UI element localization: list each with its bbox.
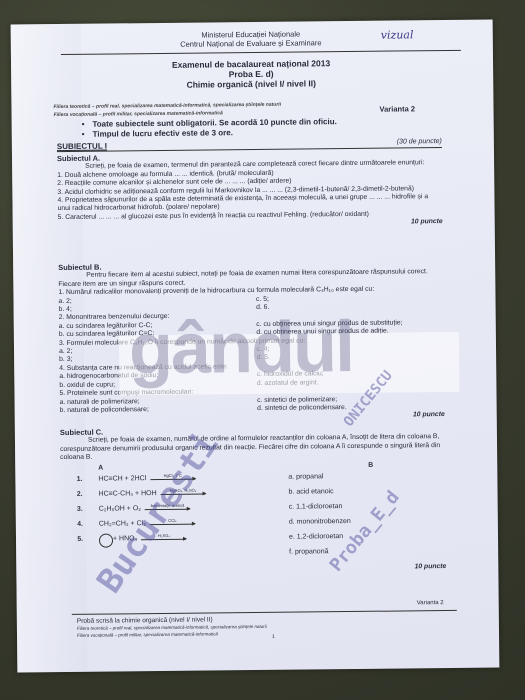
handwritten-signature: vizual	[381, 28, 414, 41]
reaction-number: 2.	[61, 491, 83, 500]
instruction-item: Timpul de lucru efectiv este de 3 ore.	[82, 127, 337, 140]
subiect-a: Subiectul A. Scrieți, pe foaia de examen…	[57, 151, 443, 231]
filiera-teoretica: Filiera teoretică – profil real, special…	[53, 102, 281, 110]
footer-filiera-2: Filiera vocațională – profil militar, sp…	[77, 630, 267, 639]
reaction-number: 5.	[61, 536, 83, 545]
product-name: f. propanonă	[289, 549, 328, 558]
exam-title-block: Examenul de bacalaureat național 2013 Pr…	[51, 57, 451, 91]
reactants: HC≡CH + 2HCl	[98, 475, 146, 484]
reaction-number: 1.	[60, 476, 82, 485]
header-divider	[61, 50, 461, 55]
varianta-label: Varianta 2	[379, 104, 415, 113]
column-b-header: B	[368, 461, 373, 469]
product-name: d. mononitrobenzen	[289, 518, 351, 527]
footer: Probă scrisă la chimie organică (nivel I…	[77, 616, 267, 639]
reaction-equation: C₂H₅OH + O₂fermentație acetică	[99, 504, 289, 514]
gandul-watermark-logo: gândul	[129, 306, 354, 390]
subiect-c-instruction: Scrieți, pe foaia de examen, numărul de …	[60, 433, 445, 462]
footer-varianta: Varianta 2	[417, 600, 444, 606]
exam-paper: Ministerul Educației Naționale Centrul N…	[11, 19, 500, 672]
instructions-list: Toate subiectele sunt obligatorii. Se ac…	[82, 117, 337, 140]
product-name: c. 1,1-dicloroetan	[289, 503, 343, 512]
product-name: a. propanal	[288, 474, 323, 483]
product-name: e. 1,2-dicloroetan	[289, 533, 343, 542]
footer-divider	[72, 610, 457, 615]
page-number: 1	[272, 634, 275, 640]
subiect-1-heading: SUBIECTUL I (30 de puncte)	[57, 138, 442, 152]
filiera-vocationala: Filiera vocațională – profil militar, sp…	[54, 110, 223, 118]
subiect-1-points: (30 de puncte)	[397, 138, 442, 145]
product-name: b. acid etanoic	[288, 489, 333, 498]
reaction-number: 3.	[61, 506, 83, 515]
reaction-number: 4.	[61, 521, 83, 530]
subiect-1-title: SUBIECTUL I	[57, 142, 107, 152]
